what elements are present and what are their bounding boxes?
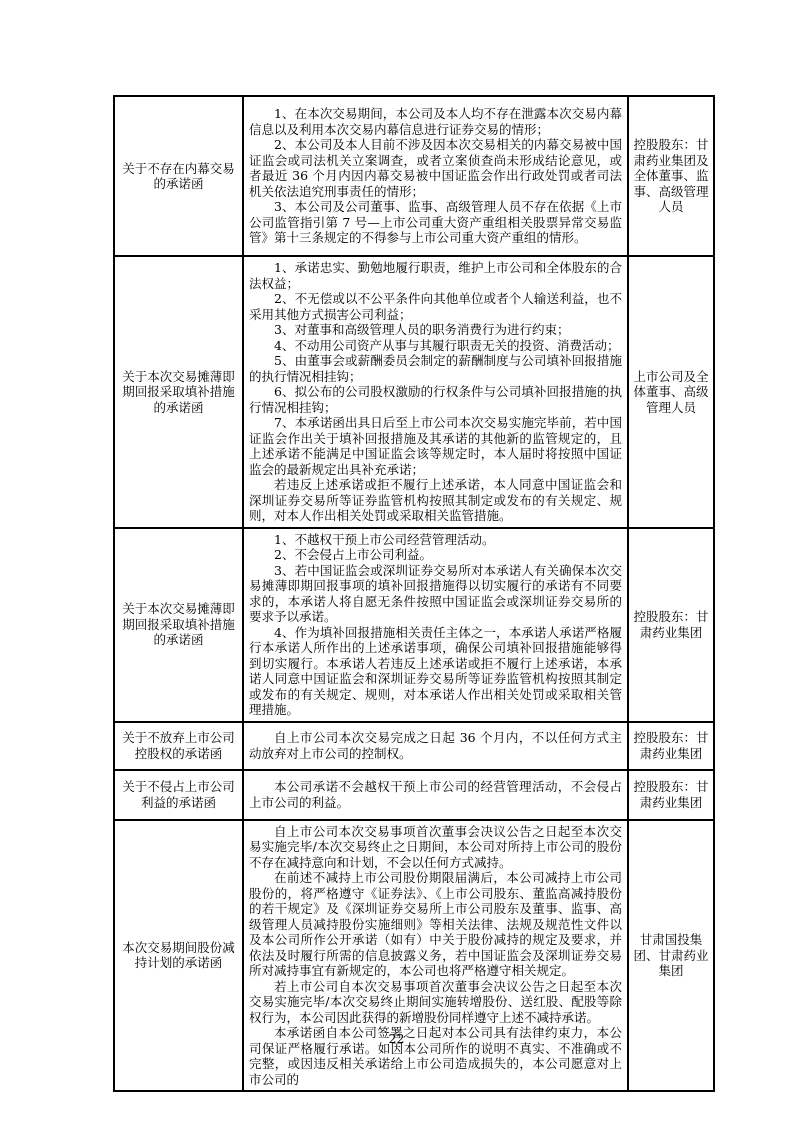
table-row: 关于本次交易摊薄即期回报采取填补措施的承诺函 1、不越权干预上市公司经营管理活动… (114, 528, 714, 722)
commitment-title-cell: 关于不侵占上市公司利益的承诺函 (114, 770, 243, 820)
paragraph: 2、不无偿或以不公平条件向其他单位或者个人输送利益，也不采用其他方式损害公司利益… (249, 291, 622, 322)
commitment-content-cell: 1、不越权干预上市公司经营管理活动。 2、不会侵占上市公司利益。 3、若中国证监… (243, 528, 628, 722)
paragraph: 若上市公司自本次交易事项首次董事会决议公告之日起至本次交易实施完毕/本次交易终止… (249, 979, 622, 1026)
paragraph: 自上市公司本次交易完成之日起 36 个月内，不以任何方式主动放弃对上市公司的控制… (249, 730, 622, 761)
commitment-party-cell: 甘肃国投集团、甘肃药业集团 (628, 820, 714, 1092)
paragraph: 3、若中国证监会或深圳证券交易所对本承诺人有关确保本次交易摊薄即期回报事项的填补… (249, 563, 622, 625)
paragraph: 4、不动用公司资产从事与其履行职责无关的投资、消费活动； (249, 338, 622, 354)
paragraph: 在前述不减持上市公司股份期限届满后，本公司减持上市公司股份的，将严格遵守《证券法… (249, 870, 622, 979)
commitment-content-cell: 1、在本次交易期间，本公司及本人均不存在泄露本次交易内幕信息以及利用本次交易内幕… (243, 96, 628, 256)
commitment-title-cell: 关于本次交易摊薄即期回报采取填补措施的承诺函 (114, 256, 243, 528)
document-page: 关于不存在内幕交易的承诺函 1、在本次交易期间，本公司及本人均不存在泄露本次交易… (0, 0, 793, 1122)
commitment-content-cell: 自上市公司本次交易完成之日起 36 个月内，不以任何方式主动放弃对上市公司的控制… (243, 722, 628, 770)
commitment-party-cell: 控股股东：甘肃药业集团 (628, 722, 714, 770)
table-row: 关于不放弃上市公司控股权的承诺函 自上市公司本次交易完成之日起 36 个月内，不… (114, 722, 714, 770)
page-number: 22 (0, 1031, 793, 1046)
commitment-title-cell: 本次交易期间股份减持计划的承诺函 (114, 820, 243, 1092)
paragraph: 本公司承诺不会越权干预上市公司的经营管理活动，不会侵占上市公司的利益。 (249, 779, 622, 810)
paragraph: 2、本公司及本人目前不涉及因本次交易相关的内幕交易被中国证监会或司法机关立案调查… (249, 137, 622, 199)
paragraph: 若违反上述承诺或拒不履行上述承诺，本人同意中国证监会和深圳证券交易所等证券监管机… (249, 477, 622, 524)
paragraph: 6、拟公布的公司股权激励的行权条件与公司填补回报措施的执行情况相挂钩； (249, 384, 622, 415)
table-row: 关于不存在内幕交易的承诺函 1、在本次交易期间，本公司及本人均不存在泄露本次交易… (114, 96, 714, 256)
paragraph: 5、由董事会或薪酬委员会制定的薪酬制度与公司填补回报措施的执行情况相挂钩； (249, 353, 622, 384)
paragraph: 3、本公司及公司董事、监事、高级管理人员不存在依据《上市公司监管指引第 7 号—… (249, 199, 622, 246)
commitment-content-cell: 1、承诺忠实、勤勉地履行职责，维护上市公司和全体股东的合法权益； 2、不无偿或以… (243, 256, 628, 528)
commitment-title-cell: 关于不存在内幕交易的承诺函 (114, 96, 243, 256)
paragraph: 2、不会侵占上市公司利益。 (249, 547, 622, 563)
commitment-content-cell: 自上市公司本次交易事项首次董事会决议公告之日起至本次交易实施完毕/本次交易终止之… (243, 820, 628, 1092)
paragraph: 3、对董事和高级管理人员的职务消费行为进行约束； (249, 322, 622, 338)
commitment-party-cell: 上市公司及全体董事、高级管理人员 (628, 256, 714, 528)
paragraph: 7、本承诺函出具日后至上市公司本次交易实施完毕前，若中国证监会作出关于填补回报措… (249, 415, 622, 477)
table-row: 关于本次交易摊薄即期回报采取填补措施的承诺函 1、承诺忠实、勤勉地履行职责，维护… (114, 256, 714, 528)
table-row: 本次交易期间股份减持计划的承诺函 自上市公司本次交易事项首次董事会决议公告之日起… (114, 820, 714, 1092)
commitment-party-cell: 控股股东：甘肃药业集团及全体董事、监事、高级管理人员 (628, 96, 714, 256)
commitments-table: 关于不存在内幕交易的承诺函 1、在本次交易期间，本公司及本人均不存在泄露本次交易… (113, 95, 715, 1092)
commitment-party-cell: 控股股东：甘肃药业集团 (628, 528, 714, 722)
commitment-party-cell: 控股股东：甘肃药业集团 (628, 770, 714, 820)
commitment-title-cell: 关于不放弃上市公司控股权的承诺函 (114, 722, 243, 770)
table-row: 关于不侵占上市公司利益的承诺函 本公司承诺不会越权干预上市公司的经营管理活动，不… (114, 770, 714, 820)
commitment-title-cell: 关于本次交易摊薄即期回报采取填补措施的承诺函 (114, 528, 243, 722)
paragraph: 自上市公司本次交易事项首次董事会决议公告之日起至本次交易实施完毕/本次交易终止之… (249, 824, 622, 871)
paragraph: 1、在本次交易期间，本公司及本人均不存在泄露本次交易内幕信息以及利用本次交易内幕… (249, 106, 622, 137)
paragraph: 1、不越权干预上市公司经营管理活动。 (249, 532, 622, 548)
paragraph: 1、承诺忠实、勤勉地履行职责，维护上市公司和全体股东的合法权益； (249, 260, 622, 291)
commitment-content-cell: 本公司承诺不会越权干预上市公司的经营管理活动，不会侵占上市公司的利益。 (243, 770, 628, 820)
paragraph: 4、作为填补回报措施相关责任主体之一，本承诺人承诺严格履行本承诺人所作出的上述承… (249, 625, 622, 718)
